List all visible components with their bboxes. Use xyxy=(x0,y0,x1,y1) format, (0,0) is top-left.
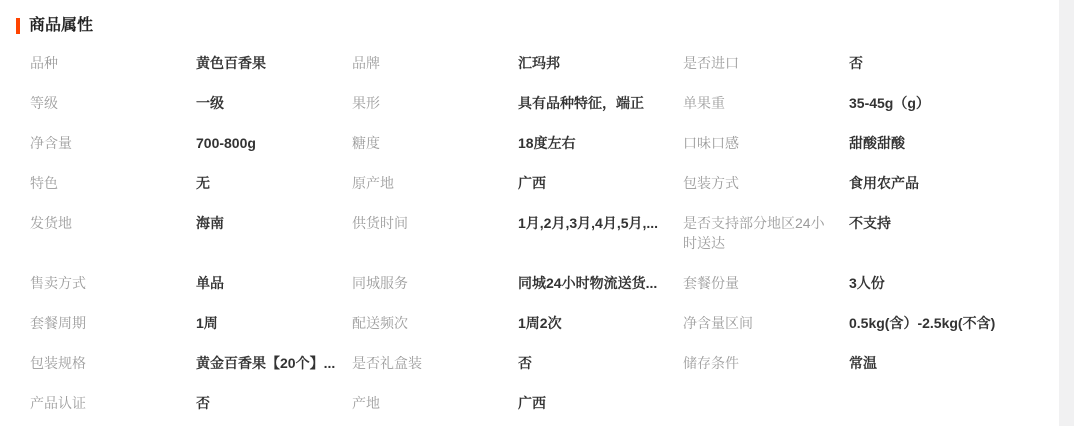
attribute-item: 果形 具有品种特征，端正 xyxy=(352,93,683,113)
attribute-item: 净含量区间 0.5kg(含）-2.5kg(不含) xyxy=(683,313,1059,333)
attribute-value: 黄色百香果 xyxy=(196,53,342,73)
attribute-value: 汇玛邦 xyxy=(518,53,673,73)
attribute-value: 35-45g（g） xyxy=(849,93,1049,113)
attribute-item: 是否礼盒装 否 xyxy=(352,353,683,373)
attribute-label: 是否支持部分地区24小时送达 xyxy=(683,213,835,253)
attribute-label: 套餐周期 xyxy=(30,313,182,333)
attribute-item: 等级 一级 xyxy=(30,93,352,113)
attribute-item-empty xyxy=(683,393,1059,413)
attribute-label: 售卖方式 xyxy=(30,273,182,293)
attribute-label: 口味口感 xyxy=(683,133,835,153)
attribute-item: 是否支持部分地区24小时送达 不支持 xyxy=(683,213,1059,253)
attribute-value: 甜酸甜酸 xyxy=(849,133,1049,153)
attribute-item: 套餐份量 3人份 xyxy=(683,273,1059,293)
attribute-label: 原产地 xyxy=(352,173,504,193)
attribute-value: 0.5kg(含）-2.5kg(不含) xyxy=(849,313,1049,333)
attribute-label: 配送频次 xyxy=(352,313,504,333)
attribute-value: 同城24小时物流送货... xyxy=(518,273,673,293)
attribute-label: 是否进口 xyxy=(683,53,835,73)
attribute-item: 原产地 广西 xyxy=(352,173,683,193)
attribute-item: 产地 广西 xyxy=(352,393,683,413)
attribute-value: 1月,2月,3月,4月,5月,... xyxy=(518,213,673,233)
attribute-value: 具有品种特征，端正 xyxy=(518,93,673,113)
attribute-item: 品牌 汇玛邦 xyxy=(352,53,683,73)
attribute-label: 净含量 xyxy=(30,133,182,153)
attribute-value: 单品 xyxy=(196,273,342,293)
attribute-label: 是否礼盒装 xyxy=(352,353,504,373)
accent-bar-icon xyxy=(16,18,20,34)
attribute-item: 套餐周期 1周 xyxy=(30,313,352,333)
panel-title: 商品属性 xyxy=(29,17,93,34)
attribute-label: 供货时间 xyxy=(352,213,504,233)
attribute-item: 发货地 海南 xyxy=(30,213,352,253)
attribute-value: 否 xyxy=(849,53,1049,73)
page-background-strip xyxy=(1059,0,1074,426)
attribute-label: 发货地 xyxy=(30,213,182,233)
attribute-item: 同城服务 同城24小时物流送货... xyxy=(352,273,683,293)
attribute-label: 储存条件 xyxy=(683,353,835,373)
attribute-item: 包装方式 食用农产品 xyxy=(683,173,1059,193)
panel-header: 商品属性 xyxy=(0,0,1059,34)
attribute-label: 包装方式 xyxy=(683,173,835,193)
attribute-item: 单果重 35-45g（g） xyxy=(683,93,1059,113)
attribute-item: 是否进口 否 xyxy=(683,53,1059,73)
attribute-label: 产品认证 xyxy=(30,393,182,413)
attribute-label: 等级 xyxy=(30,93,182,113)
attribute-value: 黄金百香果【20个】... xyxy=(196,353,342,373)
attribute-label: 特色 xyxy=(30,173,182,193)
attribute-value: 1周 xyxy=(196,313,342,333)
product-attributes-panel: 商品属性 品种 黄色百香果 品牌 汇玛邦 是否进口 否 等级 一级 果形 具有品… xyxy=(0,0,1059,426)
attribute-value: 无 xyxy=(196,173,342,193)
attribute-label: 套餐份量 xyxy=(683,273,835,293)
attribute-item: 特色 无 xyxy=(30,173,352,193)
attribute-label: 糖度 xyxy=(352,133,504,153)
attribute-label: 净含量区间 xyxy=(683,313,835,333)
attributes-grid: 品种 黄色百香果 品牌 汇玛邦 是否进口 否 等级 一级 果形 具有品种特征，端… xyxy=(30,53,1059,426)
attribute-label: 品种 xyxy=(30,53,182,73)
attribute-value: 否 xyxy=(518,353,673,373)
attribute-item: 口味口感 甜酸甜酸 xyxy=(683,133,1059,153)
attribute-label: 同城服务 xyxy=(352,273,504,293)
attribute-label: 产地 xyxy=(352,393,504,413)
attribute-value: 700-800g xyxy=(196,133,342,153)
attribute-value: 不支持 xyxy=(849,213,1049,233)
attribute-value: 否 xyxy=(196,393,342,413)
attribute-item: 供货时间 1月,2月,3月,4月,5月,... xyxy=(352,213,683,253)
attribute-item: 净含量 700-800g xyxy=(30,133,352,153)
attribute-item: 糖度 18度左右 xyxy=(352,133,683,153)
attribute-value: 常温 xyxy=(849,353,1049,373)
attribute-item: 储存条件 常温 xyxy=(683,353,1059,373)
attribute-item: 售卖方式 单品 xyxy=(30,273,352,293)
attribute-item: 品种 黄色百香果 xyxy=(30,53,352,73)
attribute-item: 包装规格 黄金百香果【20个】... xyxy=(30,353,352,373)
attribute-value: 海南 xyxy=(196,213,342,233)
attribute-value: 广西 xyxy=(518,393,673,413)
attribute-label: 包装规格 xyxy=(30,353,182,373)
attribute-value: 一级 xyxy=(196,93,342,113)
attribute-value: 3人份 xyxy=(849,273,1049,293)
attribute-label: 单果重 xyxy=(683,93,835,113)
attribute-value: 18度左右 xyxy=(518,133,673,153)
attribute-value: 食用农产品 xyxy=(849,173,1049,193)
attribute-value: 广西 xyxy=(518,173,673,193)
attribute-item: 产品认证 否 xyxy=(30,393,352,413)
attribute-value: 1周2次 xyxy=(518,313,673,333)
attribute-item: 配送频次 1周2次 xyxy=(352,313,683,333)
attribute-label: 品牌 xyxy=(352,53,504,73)
attribute-label: 果形 xyxy=(352,93,504,113)
